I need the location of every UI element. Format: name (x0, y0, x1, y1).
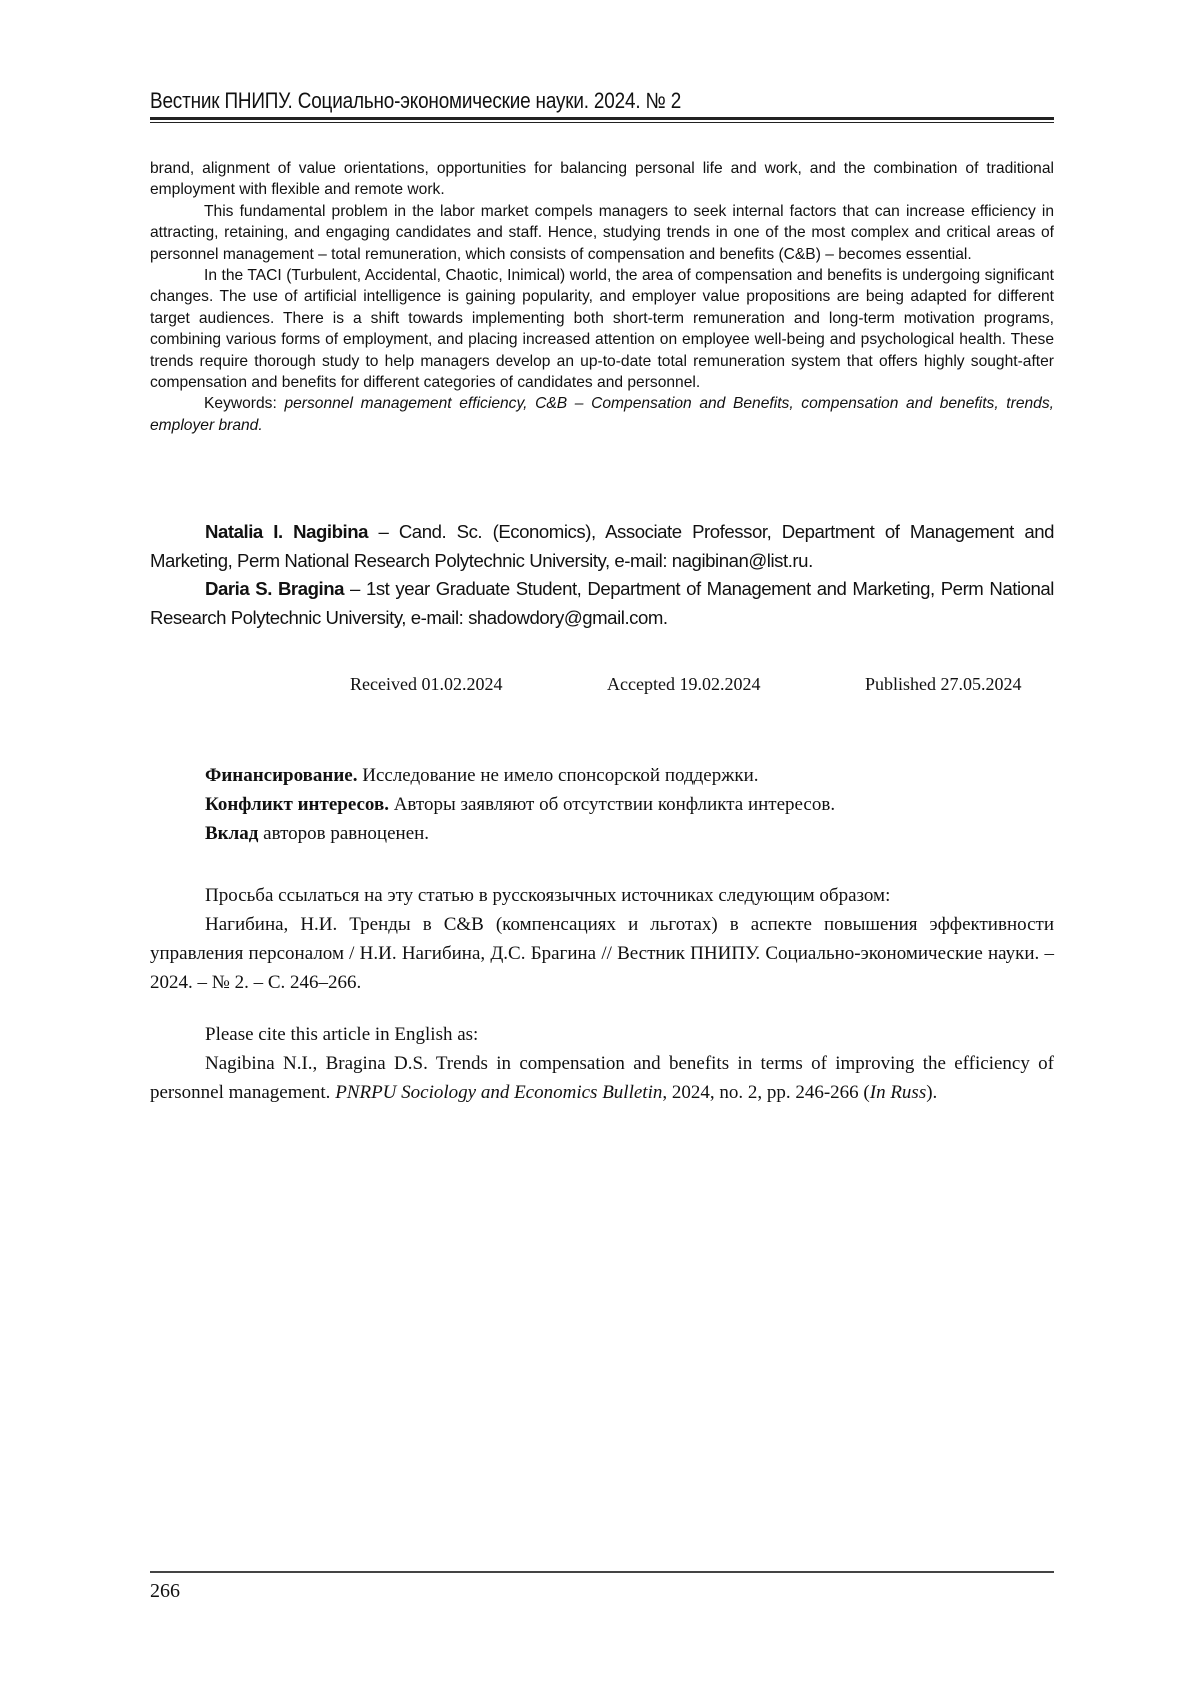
contribution-text: авторов равноценен. (258, 823, 429, 844)
citation-intro: Просьба ссылаться на эту статью в русско… (150, 881, 1054, 910)
author-name: Daria S. Bragina (205, 578, 344, 599)
page-number: 266 (150, 1580, 1054, 1603)
citation-text: Нагибина, Н.И. Тренды в C&B (компенсация… (150, 910, 1054, 997)
citation-text: Nagibina N.I., Bragina D.S. Trends in co… (150, 1049, 1054, 1107)
abstract-paragraph: brand, alignment of value orientations, … (150, 158, 1054, 201)
accepted-date: Accepted 19.02.2024 (607, 674, 760, 695)
author-entry: Natalia I. Nagibina – Cand. Sc. (Economi… (150, 518, 1054, 575)
funding-note: Финансирование. Исследование не имело сп… (150, 761, 1054, 790)
citation-english: Please cite this article in English as: … (150, 1020, 1054, 1107)
footer-rule (150, 1571, 1054, 1573)
contribution-note: Вклад авторов равноценен. (150, 819, 1054, 848)
keywords-label: Keywords: (204, 395, 284, 412)
citation-volume: , 2024, no. 2, pp. 246-266 ( (662, 1082, 869, 1103)
declarations: Финансирование. Исследование не имело сп… (150, 761, 1054, 848)
abstract: brand, alignment of value orientations, … (150, 158, 1054, 436)
citation-russian: Просьба ссылаться на эту статью в русско… (150, 881, 1054, 997)
author-info: Natalia I. Nagibina – Cand. Sc. (Economi… (150, 518, 1054, 632)
received-date: Received 01.02.2024 (350, 674, 502, 695)
conflict-note: Конфликт интересов. Авторы заявляют об о… (150, 790, 1054, 819)
author-name: Natalia I. Nagibina (205, 521, 368, 542)
abstract-paragraph: In the TACI (Turbulent, Accidental, Chao… (150, 265, 1054, 393)
journal-name: PNRPU Sociology and Economics Bulletin (335, 1082, 662, 1103)
conflict-label: Конфликт интересов. (205, 794, 389, 815)
journal-page: Вестник ПНИПУ. Социально-экономические н… (0, 0, 1200, 1705)
contribution-label: Вклад (205, 823, 258, 844)
abstract-paragraph: This fundamental problem in the labor ma… (150, 201, 1054, 265)
published-date: Published 27.05.2024 (865, 674, 1022, 695)
citation-language: In Russ (870, 1082, 926, 1103)
citation-intro: Please cite this article in English as: (150, 1020, 1054, 1049)
funding-text: Исследование не имело спонсорской поддер… (357, 765, 758, 786)
funding-label: Финансирование. (205, 765, 357, 786)
running-title: Вестник ПНИПУ. Социально-экономические н… (150, 88, 927, 114)
conflict-text: Авторы заявляют об отсутствии конфликта … (389, 794, 835, 815)
keywords: Keywords: personnel management efficienc… (150, 393, 1054, 436)
author-entry: Daria S. Bragina – 1st year Graduate Stu… (150, 575, 1054, 632)
citation-end: ). (926, 1082, 937, 1103)
header-rule (150, 117, 1054, 123)
keywords-list: personnel management efficiency, C&B – C… (150, 395, 1054, 433)
